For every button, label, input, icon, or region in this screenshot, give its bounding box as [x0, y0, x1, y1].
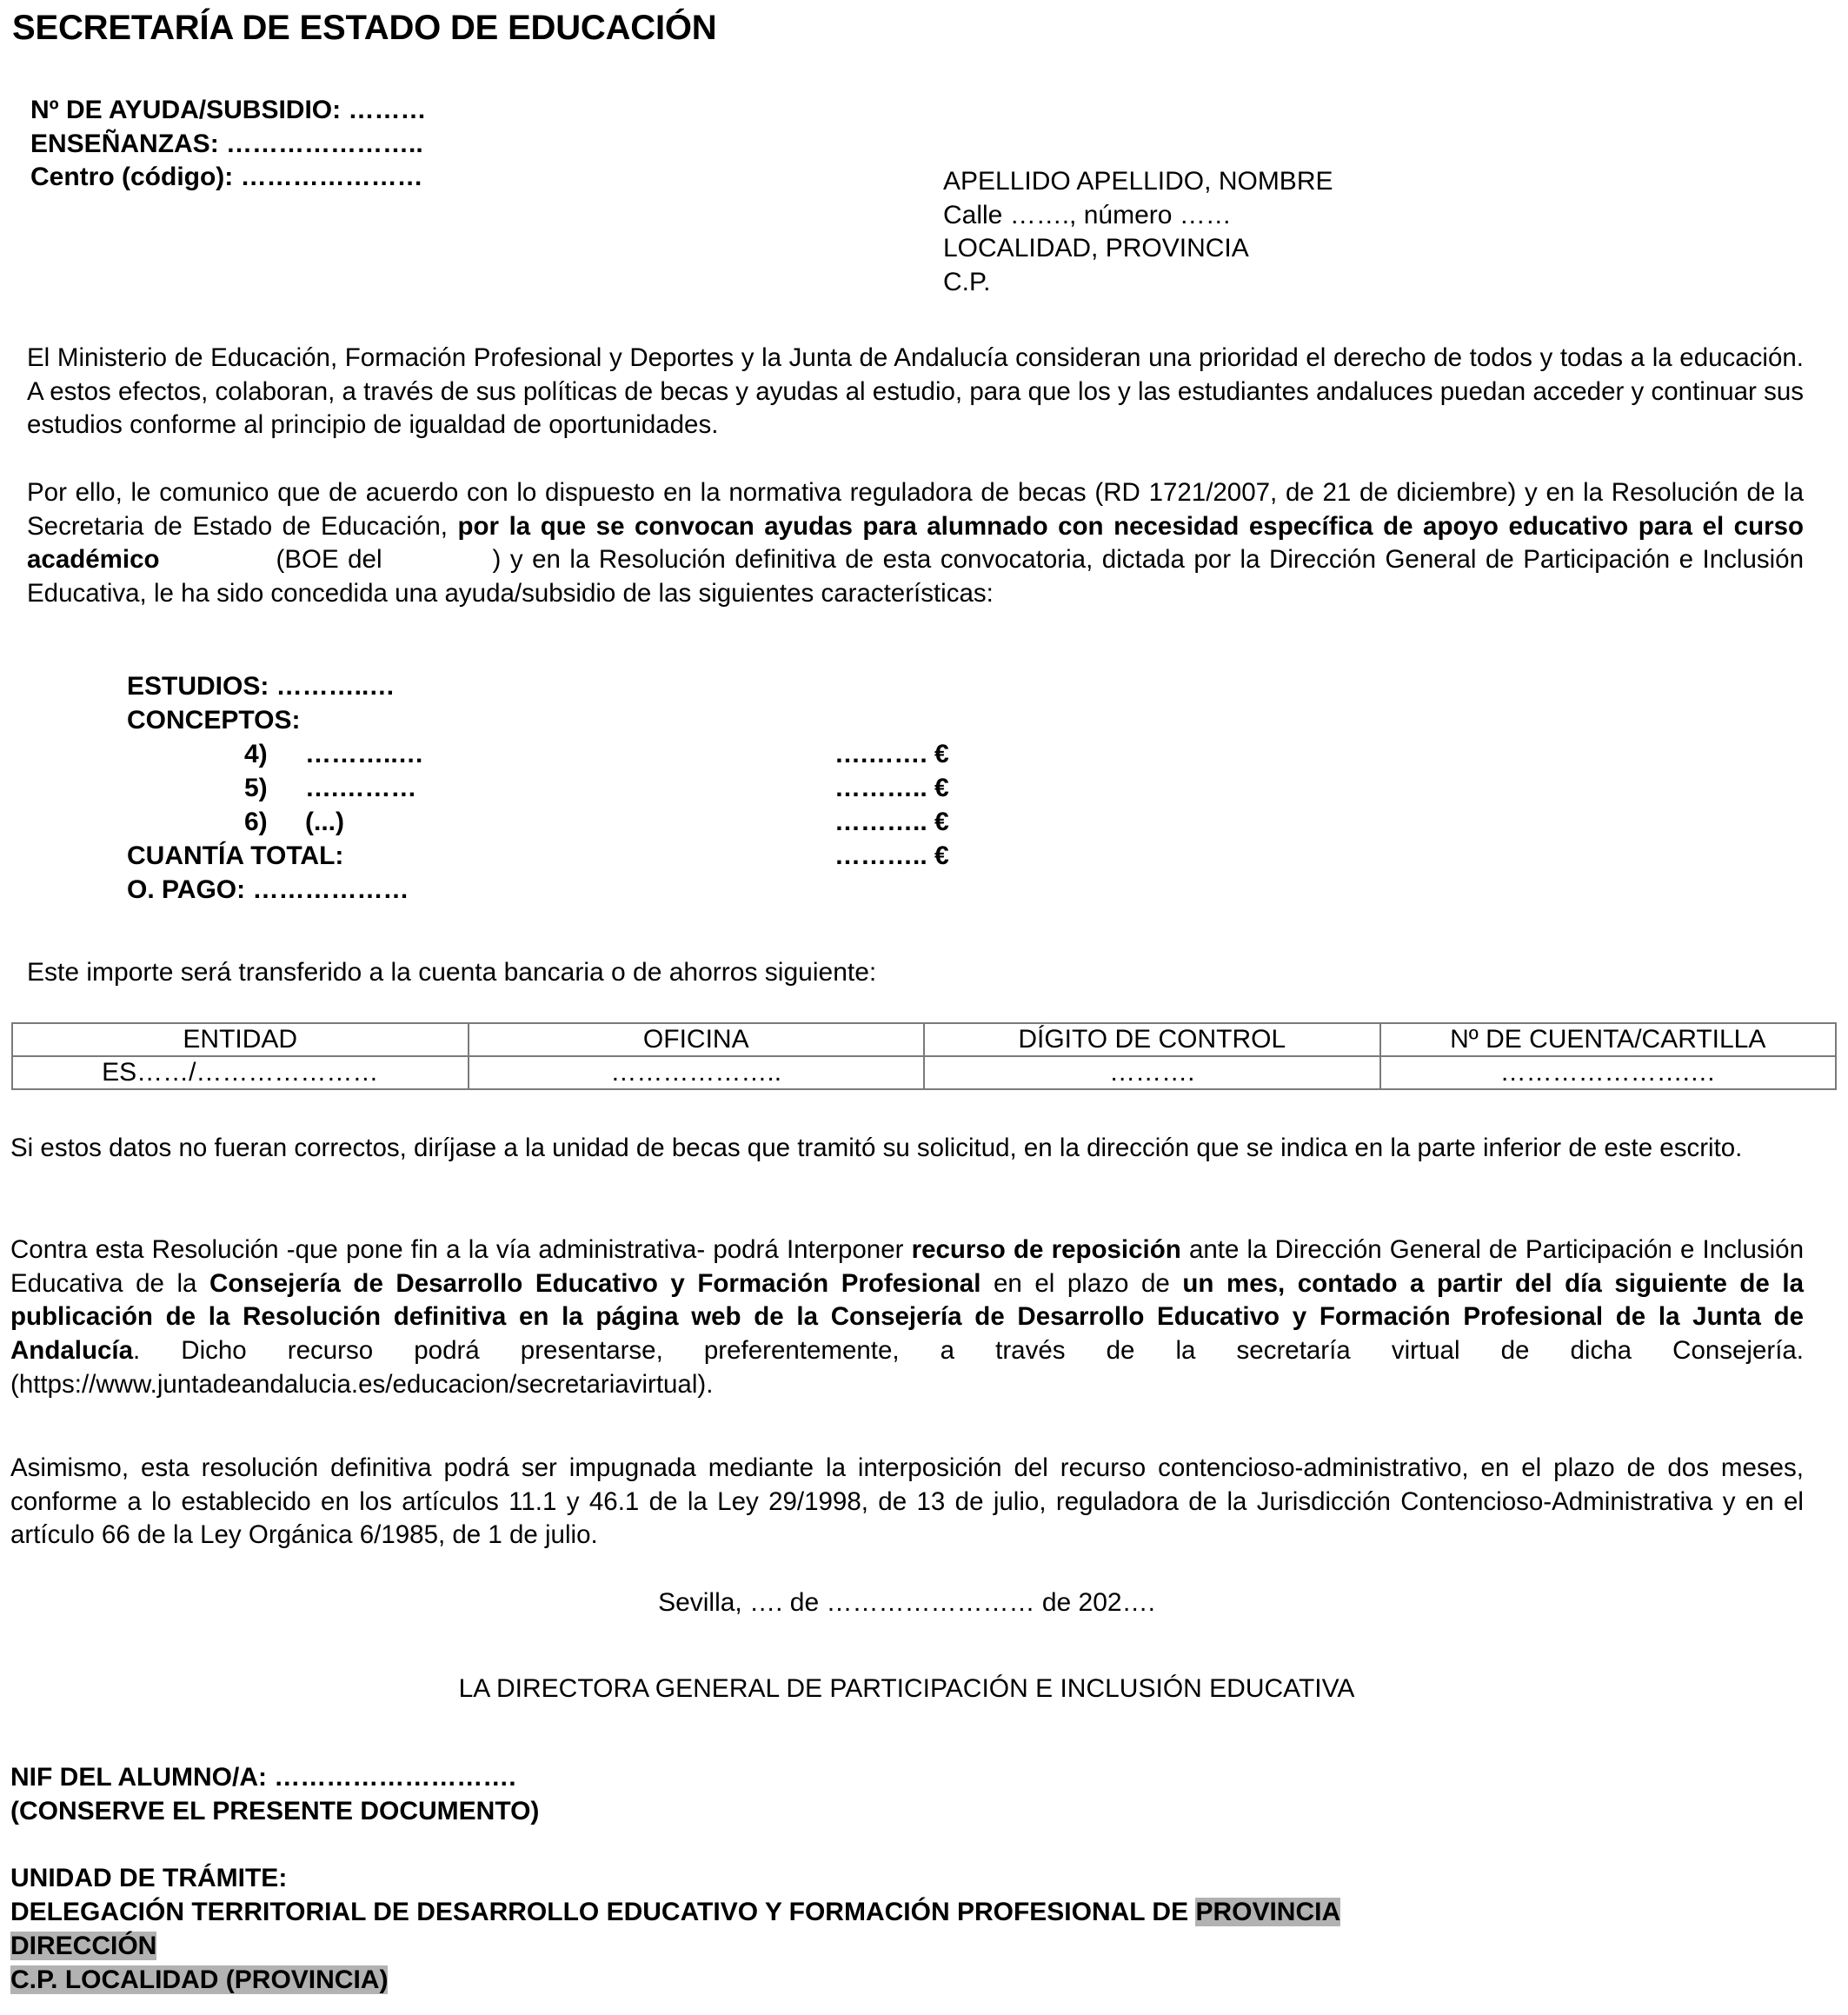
- appeal-text: Contra esta Resolución -que pone fin a l…: [10, 1235, 912, 1264]
- bank-header-account-number: Nº DE CUENTA/CARTILLA: [1380, 1023, 1837, 1056]
- correction-paragraph: Si estos datos no fueran correctos, dirí…: [10, 1132, 1804, 1166]
- recipient-name: APELLIDO APELLIDO, NOMBRE: [943, 165, 1333, 199]
- studies-row: ESTUDIOS: ………..…: [127, 669, 409, 703]
- concept-number: 6): [244, 805, 268, 839]
- grant-details: ESTUDIOS: ………..… CONCEPTOS: 4) ………..… ….…: [127, 669, 409, 907]
- aid-reference-block: Nº DE AYUDA/SUBSIDIO: ……… ENSEÑANZAS: ………: [30, 94, 426, 195]
- concept-number: 4): [244, 737, 268, 771]
- studies-type-field: ENSEÑANZAS: …………………..: [30, 128, 426, 162]
- payment-order-value: O. PAGO: ………………: [127, 875, 409, 904]
- appeal-text: . Dicho recurso podrá presentarse, prefe…: [10, 1336, 1804, 1399]
- conserve-notice: (CONSERVE EL PRESENTE DOCUMENTO): [10, 1795, 1340, 1829]
- boe-reference: (BOE del: [276, 545, 382, 574]
- department-name: Consejería de Desarrollo Educativo y For…: [209, 1269, 981, 1298]
- concepts-label-row: CONCEPTOS:: [127, 703, 409, 737]
- delegation-line: DELEGACIÓN TERRITORIAL DE DESARROLLO EDU…: [10, 1896, 1340, 1930]
- concept-row: 4) ………..… ….……. €: [127, 737, 409, 771]
- appeal-type: recurso de reposición: [912, 1235, 1181, 1264]
- appeal-text: en el plazo de: [981, 1269, 1182, 1298]
- concept-row: 5) ….……… ……….. €: [127, 771, 409, 805]
- delegation-locality: C.P. LOCALIDAD (PROVINCIA): [10, 1965, 388, 1994]
- concept-amount: ……….. €: [834, 771, 949, 805]
- bank-header-office: OFICINA: [469, 1023, 925, 1056]
- bank-office-value: ………………..: [469, 1056, 925, 1089]
- place-and-date: Sevilla, …. de …………………… de 202….: [0, 1588, 1813, 1618]
- grant-notification-paragraph: Por ello, le comunico que de acuerdo con…: [27, 476, 1804, 611]
- appeal-paragraph: Contra esta Resolución -que pone fin a l…: [10, 1234, 1804, 1402]
- total-row: CUANTÍA TOTAL: ……….. €: [127, 839, 409, 873]
- signer-title: LA DIRECTORA GENERAL DE PARTICIPACIÓN E …: [0, 1674, 1813, 1704]
- bank-table-header-row: ENTIDAD OFICINA DÍGITO DE CONTROL Nº DE …: [12, 1023, 1836, 1056]
- bank-control-digit-value: ……….: [924, 1056, 1380, 1089]
- studies-value: ESTUDIOS: ………..…: [127, 672, 395, 701]
- concept-description: ….………: [305, 771, 416, 805]
- student-nif: NIF DEL ALUMNO/A: ……………………….: [10, 1761, 1340, 1795]
- bank-header-entity: ENTIDAD: [12, 1023, 469, 1056]
- bank-account-number-value: ………………….…: [1380, 1056, 1837, 1089]
- delegation-address: DIRECCIÓN: [10, 1932, 156, 1960]
- concept-description: ………..…: [305, 737, 424, 771]
- total-label: CUANTÍA TOTAL:: [127, 841, 343, 870]
- bank-entity-value: ES……/…………………: [12, 1056, 469, 1089]
- page-title: SECRETARÍA DE ESTADO DE EDUCACIÓN: [12, 9, 717, 48]
- intro-paragraph: El Ministerio de Educación, Formación Pr…: [27, 342, 1804, 442]
- contentious-appeal-paragraph: Asimismo, esta resolución definitiva pod…: [10, 1452, 1804, 1553]
- processing-unit-label: UNIDAD DE TRÁMITE:: [10, 1862, 1340, 1896]
- recipient-street: Calle ……., número ……: [943, 199, 1333, 233]
- concept-description: (...): [305, 805, 344, 839]
- concept-row: 6) (...) ……….. €: [127, 805, 409, 839]
- aid-number-field: Nº DE AYUDA/SUBSIDIO: ………: [30, 94, 426, 128]
- concept-number: 5): [244, 771, 268, 805]
- delegation-province: PROVINCIA: [1195, 1898, 1340, 1926]
- delegation-name: DELEGACIÓN TERRITORIAL DE DESARROLLO EDU…: [10, 1898, 1188, 1926]
- bank-header-control-digit: DÍGITO DE CONTROL: [924, 1023, 1380, 1056]
- total-amount: ……….. €: [834, 839, 949, 873]
- concept-amount: ….……. €: [834, 737, 949, 771]
- payment-order-row: O. PAGO: ………………: [127, 873, 409, 907]
- concepts-label: CONCEPTOS:: [127, 706, 300, 735]
- transfer-notice: Este importe será transferido a la cuent…: [27, 956, 876, 989]
- concept-amount: ……….. €: [834, 805, 949, 839]
- bank-table-value-row: ES……/………………… ……………….. ………. ………………….…: [12, 1056, 1836, 1089]
- recipient-address: APELLIDO APELLIDO, NOMBRE Calle ……., núm…: [943, 165, 1333, 299]
- recipient-locality: LOCALIDAD, PROVINCIA: [943, 232, 1333, 266]
- recipient-postal-code: C.P.: [943, 266, 1333, 300]
- center-code-field: Centro (código): …………………: [30, 161, 426, 195]
- bank-account-table: ENTIDAD OFICINA DÍGITO DE CONTROL Nº DE …: [11, 1022, 1837, 1090]
- footer-block: NIF DEL ALUMNO/A: ………………………. (CONSERVE E…: [10, 1761, 1340, 1998]
